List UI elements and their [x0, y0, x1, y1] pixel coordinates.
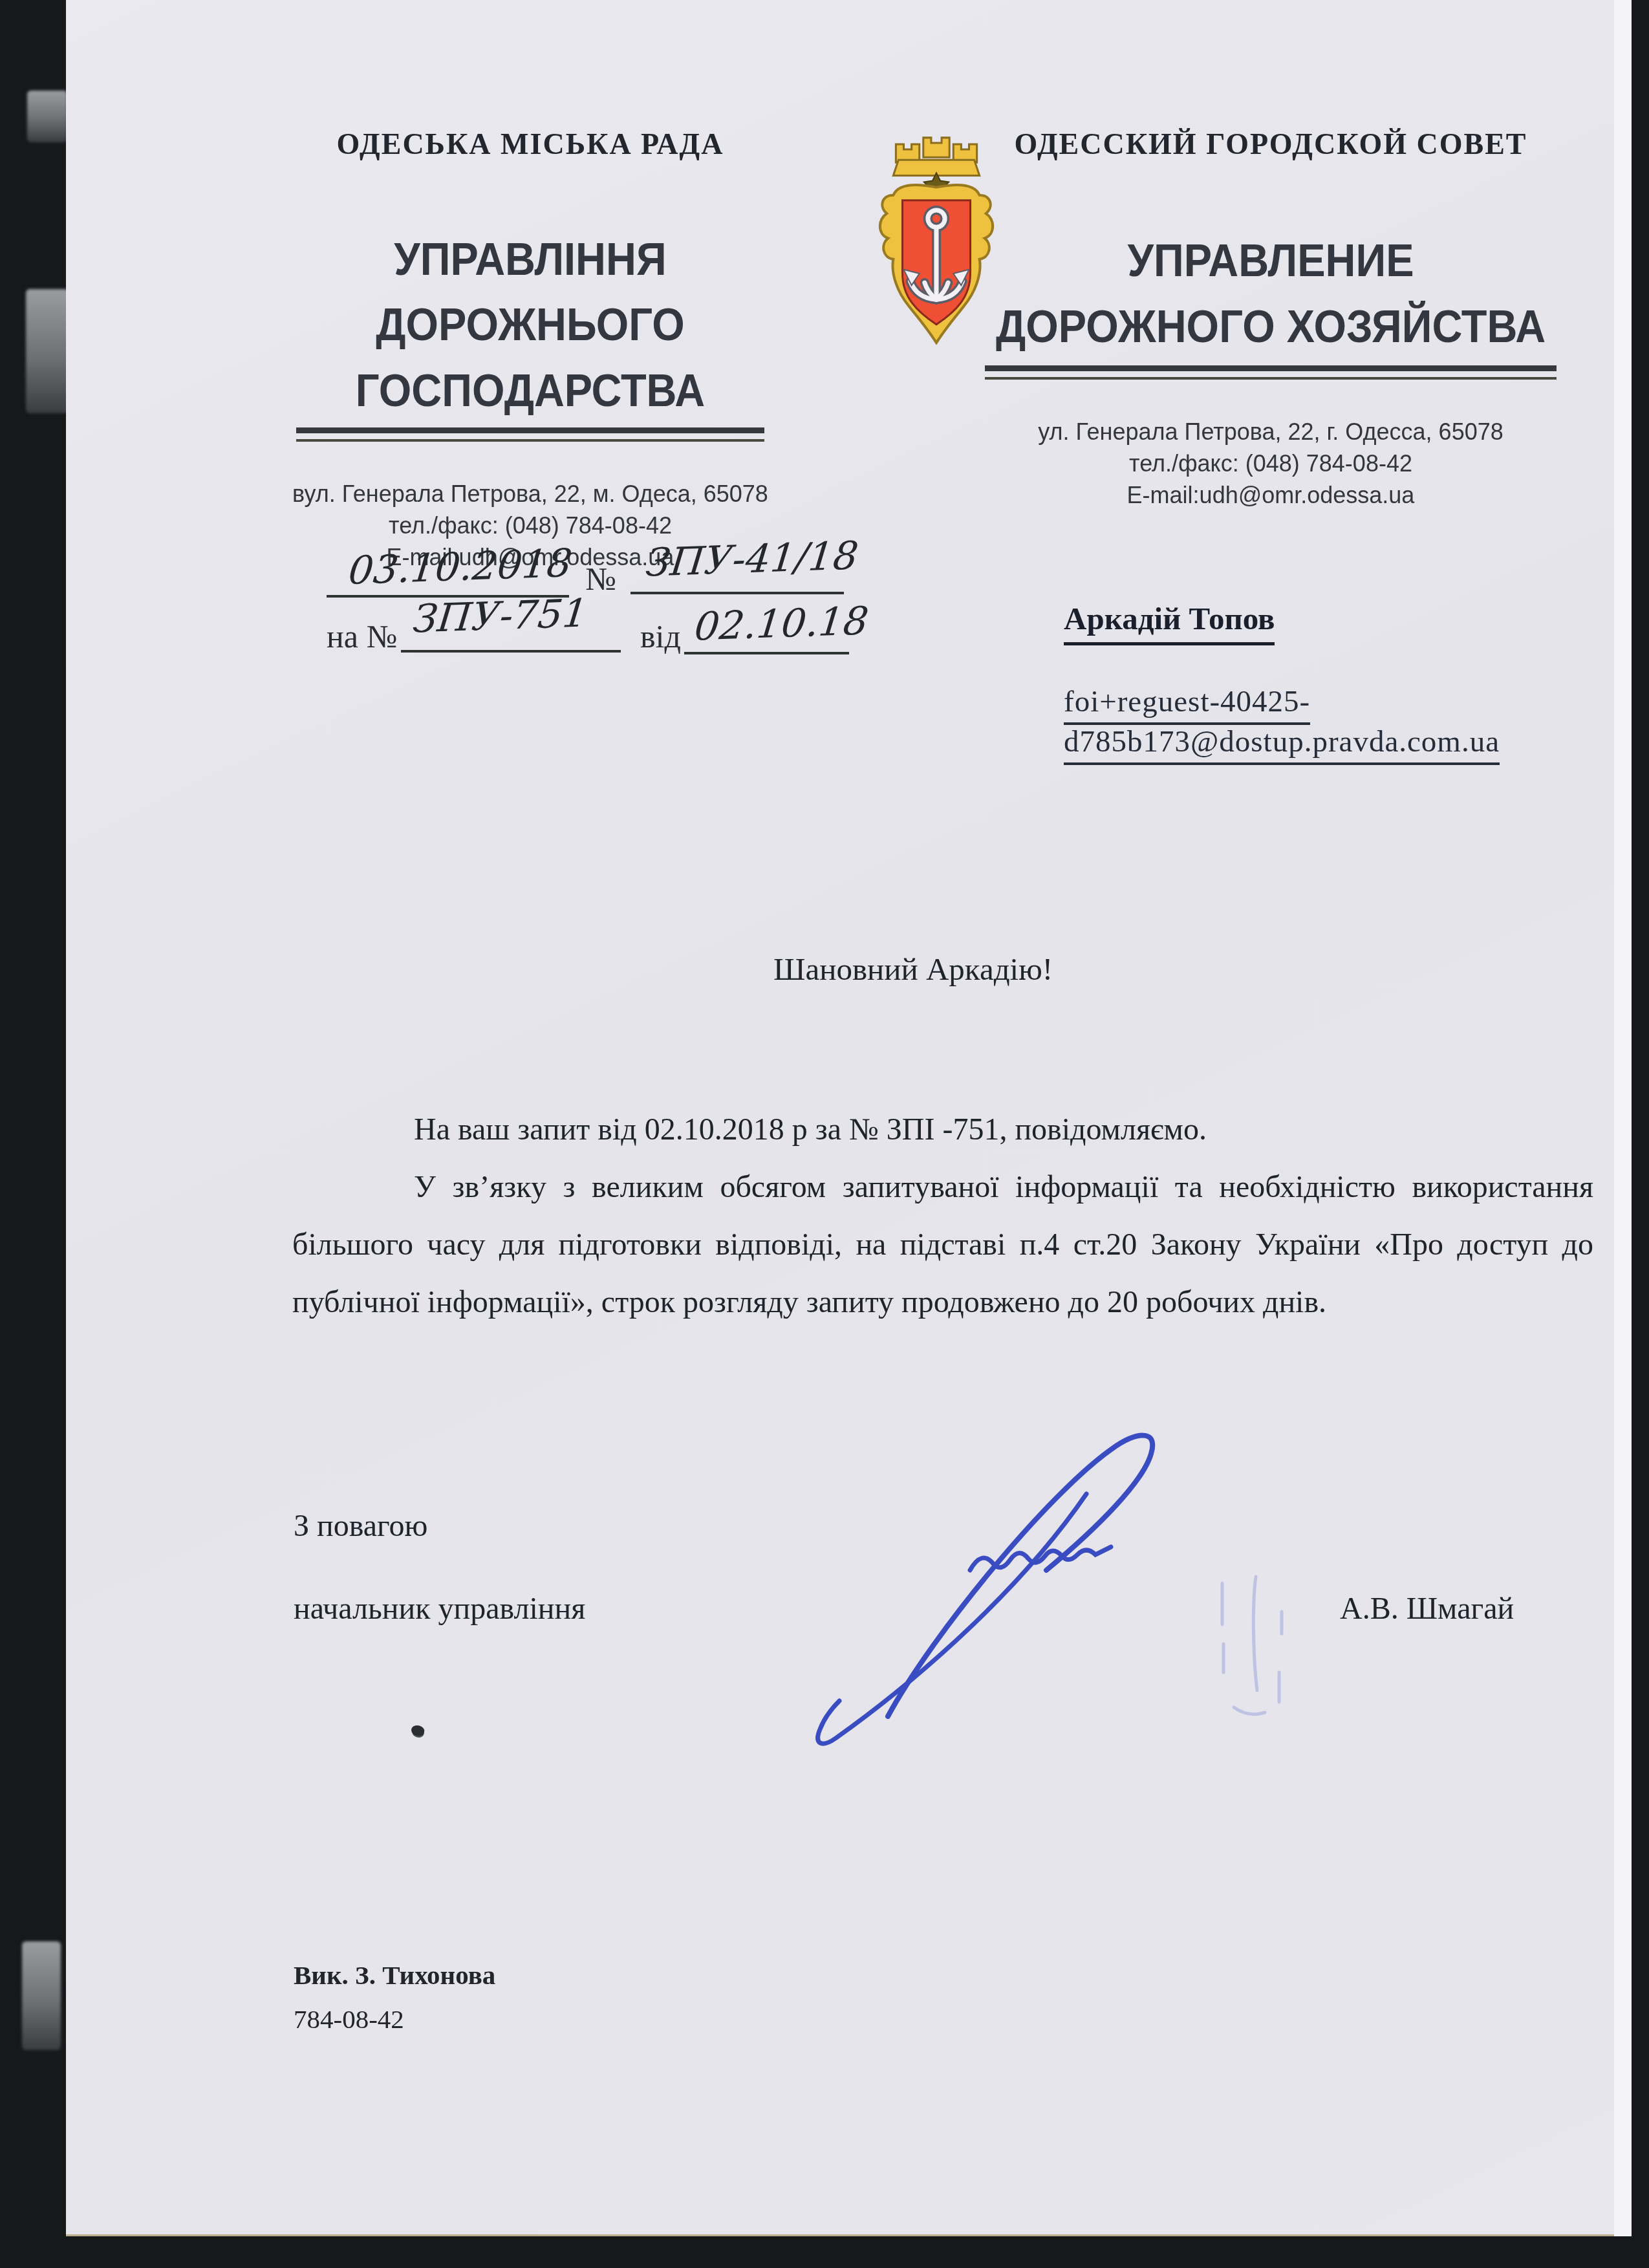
department-line2-ru: ДОРОЖНОГО ХОЗЯЙСТВА [989, 294, 1553, 360]
council-name-ua: ОДЕСЬКА МІСЬКА РАДА [291, 127, 770, 161]
header-right-column: ОДЕССКИЙ ГОРОДСКОЙ СОВЕТ УПРАВЛЕНИЕ ДОРО… [980, 127, 1562, 511]
number-sign: № [585, 560, 616, 598]
header-rule-thick [296, 427, 764, 433]
department-line1-ua: УПРАВЛІННЯ [298, 226, 762, 292]
recipient-name: Аркадій Топов [1064, 600, 1275, 645]
letter-body: На ваш запит від 02.10.2018 р за № ЗПІ -… [292, 1101, 1593, 1331]
department-line1-ru: УПРАВЛЕНИЕ [989, 228, 1553, 294]
reply-prefix: на № [327, 618, 397, 655]
address-block-ru: ул. Генерала Петрова, 22, г. Одесса, 650… [980, 416, 1562, 511]
signer-name: А.В. Шмагай [1340, 1591, 1514, 1626]
email-line-ru: E-mail:udh@omr.odessa.ua [980, 479, 1562, 511]
department-line2-ua: ДОРОЖНЬОГО ГОСПОДАРСТВА [298, 292, 762, 424]
salutation: Шановний Аркадію! [773, 951, 1053, 988]
department-name-ru: УПРАВЛЕНИЕ ДОРОЖНОГО ХОЗЯЙСТВА [989, 228, 1553, 360]
closing-regards: З повагою [294, 1508, 427, 1544]
address-line-ru: ул. Генерала Петрова, 22, г. Одесса, 650… [980, 416, 1562, 448]
scanned-letter-page: ОДЕСЬКА МІСЬКА РАДА УПРАВЛІННЯ ДОРОЖНЬОГ… [0, 0, 1649, 2268]
header-rule-thin [296, 439, 764, 442]
from-word: від [640, 618, 681, 655]
executor-phone: 784-08-42 [294, 2003, 404, 2035]
binder-ring [22, 1941, 61, 2050]
stamp-residue [1196, 1571, 1306, 1740]
phone-line-ua: тел./факс: (048) 784-08-42 [291, 510, 770, 541]
binder-ring [26, 289, 69, 413]
header-rule-thin [985, 377, 1557, 380]
outgoing-number-line [630, 566, 844, 594]
body-paragraph-2: У зв’язку з великим обсягом запитуваної … [292, 1158, 1593, 1331]
signer-position: начальник управління [294, 1591, 585, 1626]
header-left-column: ОДЕСЬКА МІСЬКА РАДА УПРАВЛІННЯ ДОРОЖНЬОГ… [291, 127, 770, 573]
council-name-ru: ОДЕССКИЙ ГОРОДСКОЙ СОВЕТ [980, 127, 1562, 161]
address-line-ua: вул. Генерала Петрова, 22, м. Одеса, 650… [291, 478, 770, 510]
recipient-email-line2: d785b173@dostup.pravda.com.ua [1064, 724, 1500, 765]
phone-line-ru: тел./факс: (048) 784-08-42 [980, 448, 1562, 479]
body-paragraph-1: На ваш запит від 02.10.2018 р за № ЗПІ -… [292, 1101, 1593, 1158]
incoming-date-line [684, 626, 849, 654]
incoming-number-line [401, 624, 621, 653]
department-name-ua: УПРАВЛІННЯ ДОРОЖНЬОГО ГОСПОДАРСТВА [298, 226, 762, 424]
signature-ink [737, 1403, 1229, 1778]
recipient-email-line1: foi+reguest-40425- [1064, 684, 1310, 725]
binder-ring [27, 91, 67, 142]
scanner-edge-strip [1614, 0, 1632, 2236]
executor-name: Вик. З. Тихонова [294, 1960, 495, 1991]
header-rule-thick [985, 365, 1557, 371]
